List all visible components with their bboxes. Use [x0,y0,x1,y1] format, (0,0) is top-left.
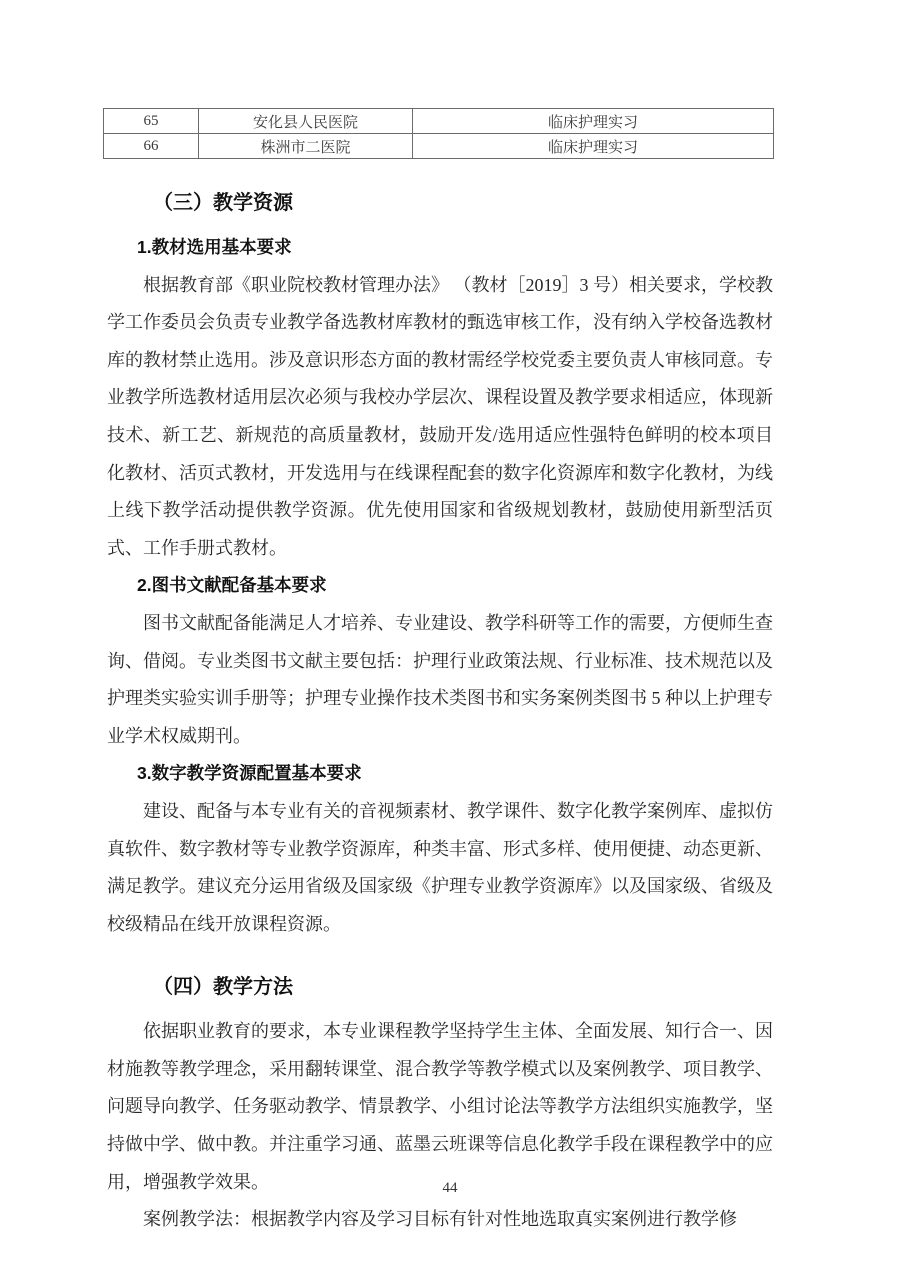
section-heading: （四）教学方法 [107,973,773,1001]
body-paragraph: 案例教学法：根据教学内容及学习目标有针对性地选取真实案例进行教学修 [107,1201,773,1239]
hospital-table: 65安化县人民医院临床护理实习66株洲市二医院临床护理实习 [103,108,774,159]
cell-hospital-name: 安化县人民医院 [199,109,413,134]
body-paragraph: 根据教育部《职业院校教材管理办法》 （教材［2019］3 号）相关要求，学校教学… [107,267,773,568]
cell-serial-number: 66 [104,134,199,159]
subsection-heading: 1.教材选用基本要求 [107,229,773,267]
document-blocks: （三）教学资源1.教材选用基本要求根据教育部《职业院校教材管理办法》 （教材［2… [107,189,773,1239]
page-content: 65安化县人民医院临床护理实习66株洲市二医院临床护理实习 （三）教学资源1.教… [107,108,773,1239]
cell-practice-content: 临床护理实习 [413,109,774,134]
subsection-heading: 2.图书文献配备基本要求 [107,567,773,605]
cell-hospital-name: 株洲市二医院 [199,134,413,159]
body-paragraph: 建设、配备与本专业有关的音视频素材、教学课件、数字化教学案例库、虚拟仿真软件、数… [107,793,773,943]
hospital-table-body: 65安化县人民医院临床护理实习66株洲市二医院临床护理实习 [104,109,774,159]
cell-practice-content: 临床护理实习 [413,134,774,159]
hospital-table-row: 65安化县人民医院临床护理实习 [104,109,774,134]
section-heading: （三）教学资源 [107,189,773,217]
document-page: 65安化县人民医院临床护理实习66株洲市二医院临床护理实习 （三）教学资源1.教… [0,0,900,1273]
body-paragraph: 依据职业教育的要求，本专业课程教学坚持学生主体、全面发展、知行合一、因材施教等教… [107,1013,773,1201]
subsection-heading: 3.数字教学资源配置基本要求 [107,755,773,793]
page-number: 44 [0,1180,900,1197]
cell-serial-number: 65 [104,109,199,134]
body-paragraph: 图书文献配备能满足人才培养、专业建设、教学科研等工作的需要，方便师生查询、借阅。… [107,605,773,755]
hospital-table-row: 66株洲市二医院临床护理实习 [104,134,774,159]
